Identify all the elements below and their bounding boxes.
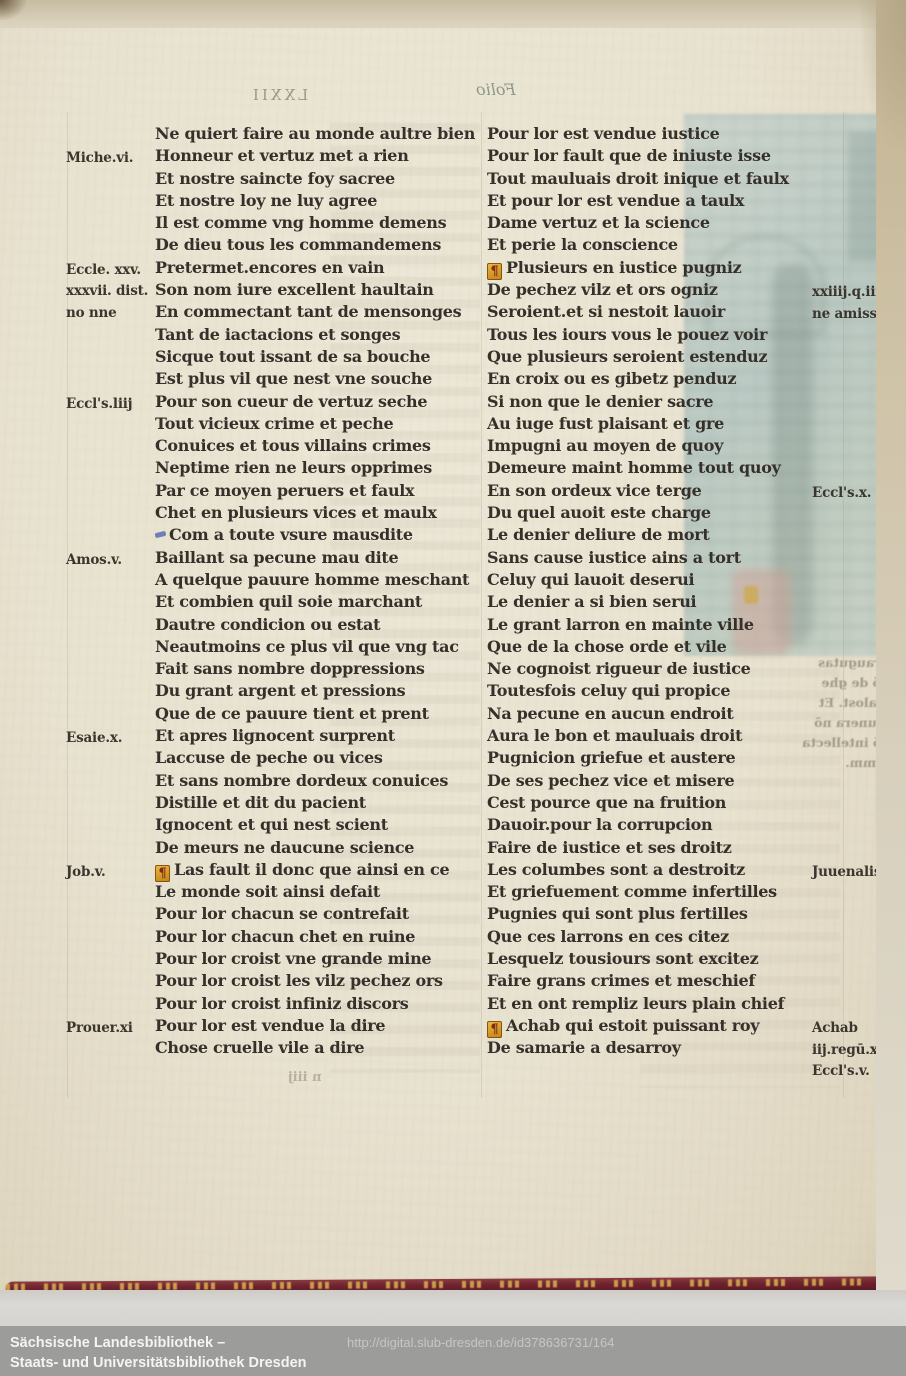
verse-line: Par ce moyen peruers et faulx [155, 480, 475, 502]
verse-line: En croix ou es gibetz penduz [487, 368, 789, 390]
verse-line: Ignocent et qui nest scient [155, 814, 475, 836]
signature-mark-ghost: n iiij [288, 1070, 322, 1085]
verse-line: Que plusieurs seroient estenduz [487, 346, 789, 368]
verse-line: Honneur et vertuz met a rien [155, 145, 475, 167]
verse-line: En son ordeux vice terge [487, 480, 789, 502]
folio-number-ghost: LXXII [250, 86, 308, 104]
manuscript-page: LXXII Folio Ne quiert faire au monde aul… [0, 28, 906, 1290]
verse-line: Faire grans crimes et meschief [487, 970, 789, 992]
verse-line: Les columbes sont a destroitz [487, 859, 789, 881]
margin-citation-line: Amos.v. [66, 550, 122, 572]
margin-citation-line: Miche.vi. [66, 148, 133, 170]
scanned-book-page: LXXII Folio Ne quiert faire au monde aul… [0, 0, 906, 1376]
verse-line: Faire de iustice et ses droitz [487, 837, 789, 859]
verse-line: Dautre condicion ou estat [155, 614, 475, 636]
verse-line: Pour lor est vendue la dire [155, 1015, 475, 1037]
verse-line: Sicque tout issant de sa bouche [155, 346, 475, 368]
verse-line: Au iuge fust plaisant et gre [487, 413, 789, 435]
margin-citation: Miche.vi. [66, 148, 133, 170]
verse-line: Neptime rien ne leurs opprimes [155, 457, 475, 479]
verse-line: Chose cruelle vile a dire [155, 1037, 475, 1059]
verse-line: Na pecune en aucun endroit [487, 703, 789, 725]
gold-pilcrow-initial: ¶ [487, 1021, 502, 1038]
verse-line: Fait sans nombre doppressions [155, 658, 475, 680]
verse-line: Pour son cueur de vertuz seche [155, 391, 475, 413]
verse-line: Le denier a si bien serui [487, 591, 789, 613]
margin-citation-line: Eccl's.x. [812, 483, 871, 505]
margin-citation: Eccl's.x. [812, 483, 871, 505]
verse-line: De meurs ne daucune science [155, 837, 475, 859]
verse-line: A quelque pauure homme meschant [155, 569, 475, 591]
margin-citation: Eccl's.liij [66, 394, 132, 416]
verse-line: Conuices et tous villains crimes [155, 435, 475, 457]
verse-line: Laccuse de peche ou vices [155, 747, 475, 769]
cradle-cloth [0, 1290, 906, 1326]
verse-line: Tout mauluais droit inique et faulx [487, 168, 789, 190]
margin-citation-line: Job.v. [66, 862, 106, 884]
margin-citation: Prouer.xi [66, 1018, 133, 1040]
left-text-column: Ne quiert faire au monde aultre bienHonn… [155, 123, 475, 1059]
verse-line: Et nostre loy ne luy agree [155, 190, 475, 212]
margin-citation-line: xxxvii. dist. [66, 281, 148, 303]
verse-line: Et perie la conscience [487, 234, 789, 256]
ruling-line [481, 112, 482, 1098]
verse-line: Et apres lignocent surprent [155, 725, 475, 747]
margin-citation: Juuenalis [812, 862, 881, 884]
page-stack-edge [876, 0, 906, 1290]
verse-line: ¶Achab qui estoit puissant roy [487, 1015, 789, 1037]
margin-citation-line: Juuenalis [812, 862, 881, 884]
verse-line: Demeure maint homme tout quoy [487, 457, 789, 479]
verse-line: Pour lor croist vne grande mine [155, 948, 475, 970]
verse-line: Et pour lor est vendue a taulx [487, 190, 789, 212]
verse-line: De samarie a desarroy [487, 1037, 789, 1059]
library-name: Sächsische Landesbibliothek – Staats- un… [10, 1333, 307, 1373]
verse-line: Du grant argent et pressions [155, 680, 475, 702]
verse-line: De dieu tous les commandemens [155, 234, 475, 256]
folio-word-ghost: Folio [476, 80, 516, 99]
verse-line: Pour lor est vendue iustice [487, 123, 789, 145]
gold-pilcrow-initial: ¶ [155, 865, 170, 882]
verse-line: Dauoir.pour la corrupcion [487, 814, 789, 836]
verse-line: Que de ce pauure tient et prent [155, 703, 475, 725]
gold-pilcrow-initial: ¶ [487, 263, 502, 280]
verse-line: Impugni au moyen de quoy [487, 435, 789, 457]
verse-line: Seroient.et si nestoit lauoir [487, 301, 789, 323]
verse-line: Ne quiert faire au monde aultre bien [155, 123, 475, 145]
verse-line: Pour lor croist les vilz pechez ors [155, 970, 475, 992]
margin-citation-line: Eccl's.liij [66, 394, 132, 416]
verse-line: Que de la chose orde et vile [487, 636, 789, 658]
verse-line: Aura le bon et mauluais droit [487, 725, 789, 747]
verse-line: Pugnicion griefue et austere [487, 747, 789, 769]
margin-citation-line: Eccle. xxv. [66, 260, 148, 282]
verse-line: Celuy qui lauoit deserui [487, 569, 789, 591]
verse-line: Le monde soit ainsi defait [155, 881, 475, 903]
verse-line: ¶Las fault il donc que ainsi en ce [155, 859, 475, 881]
page-stack-corner [860, 0, 906, 150]
verse-line: Pugnies qui sont plus fertilles [487, 903, 789, 925]
blue-paragraph-mark [155, 531, 167, 539]
verse-line: De ses pechez vice et misere [487, 770, 789, 792]
margin-citation-line: Prouer.xi [66, 1018, 133, 1040]
gold-tooling [6, 1278, 896, 1290]
verse-line: ¶Plusieurs en iustice pugniz [487, 257, 789, 279]
verse-line: Toutesfois celuy qui propice [487, 680, 789, 702]
verse-line: Tout vicieux crime et peche [155, 413, 475, 435]
margin-citation: Esaie.x. [66, 728, 122, 750]
verse-line: Le grant larron en mainte ville [487, 614, 789, 636]
verse-line: Et combien quil soie marchant [155, 591, 475, 613]
verse-line: Est plus vil que nest vne souche [155, 368, 475, 390]
margin-citation: Eccle. xxv.xxxvii. dist.no nne [66, 260, 148, 325]
verse-line: Pour lor fault que de iniuste isse [487, 145, 789, 167]
verse-line: Tous les iours vous le pouez voir [487, 324, 789, 346]
verse-line: Dame vertuz et la science [487, 212, 789, 234]
verse-line: Baillant sa pecune mau dite [155, 547, 475, 569]
verse-line: Il est comme vng homme demens [155, 212, 475, 234]
binding-corner-shadow [0, 0, 26, 20]
right-text-column: Pour lor est vendue iusticePour lor faul… [487, 123, 789, 1059]
verse-line: Le denier deliure de mort [487, 524, 789, 546]
verse-line: Chet en plusieurs vices et maulx [155, 502, 475, 524]
margin-citation-line: no nne [66, 303, 148, 325]
verse-line: Du quel auoit este charge [487, 502, 789, 524]
verse-line: Son nom iure excellent haultain [155, 279, 475, 301]
verse-line: En commectant tant de mensonges [155, 301, 475, 323]
verse-line: Pretermet.encores en vain [155, 257, 475, 279]
verse-line: Pour lor chacun chet en ruine [155, 926, 475, 948]
verse-line: De pechez vilz et ors ogniz [487, 279, 789, 301]
margin-citation: Amos.v. [66, 550, 122, 572]
margin-citation-line: Esaie.x. [66, 728, 122, 750]
ruling-line [843, 112, 844, 1098]
library-footer: Sächsische Landesbibliothek – Staats- un… [0, 1326, 906, 1376]
verse-line: Ne cognoist rigueur de iustice [487, 658, 789, 680]
verse-line: Que ces larrons en ces citez [487, 926, 789, 948]
verse-line: Tant de iactacions et songes [155, 324, 475, 346]
library-name-line2: Staats- und Universitätsbibliothek Dresd… [10, 1353, 307, 1373]
verse-line: Lesquelz tousiours sont excitez [487, 948, 789, 970]
verse-line: Pour lor croist infiniz discors [155, 993, 475, 1015]
verse-line: Si non que le denier sacre [487, 391, 789, 413]
verse-line: Pour lor chacun se contrefait [155, 903, 475, 925]
digital-source-url: http://digital.slub-dresden.de/id3786367… [347, 1335, 614, 1350]
verse-line: Cest pource que na fruition [487, 792, 789, 814]
verse-line: Neautmoins ce plus vil que vng tac [155, 636, 475, 658]
verse-line: Distille et dit du pacient [155, 792, 475, 814]
verse-line: Et nostre saincte foy sacree [155, 168, 475, 190]
library-name-line1: Sächsische Landesbibliothek – [10, 1333, 307, 1353]
verse-line: Et griefuement comme infertilles [487, 881, 789, 903]
verse-line: Sans cause iustice ains a tort [487, 547, 789, 569]
margin-citation: Job.v. [66, 862, 106, 884]
verse-line: Et sans nombre dordeux conuices [155, 770, 475, 792]
verse-line: Et en ont rempliz leurs plain chief [487, 993, 789, 1015]
verse-line: Com a toute vsure mausdite [155, 524, 475, 546]
